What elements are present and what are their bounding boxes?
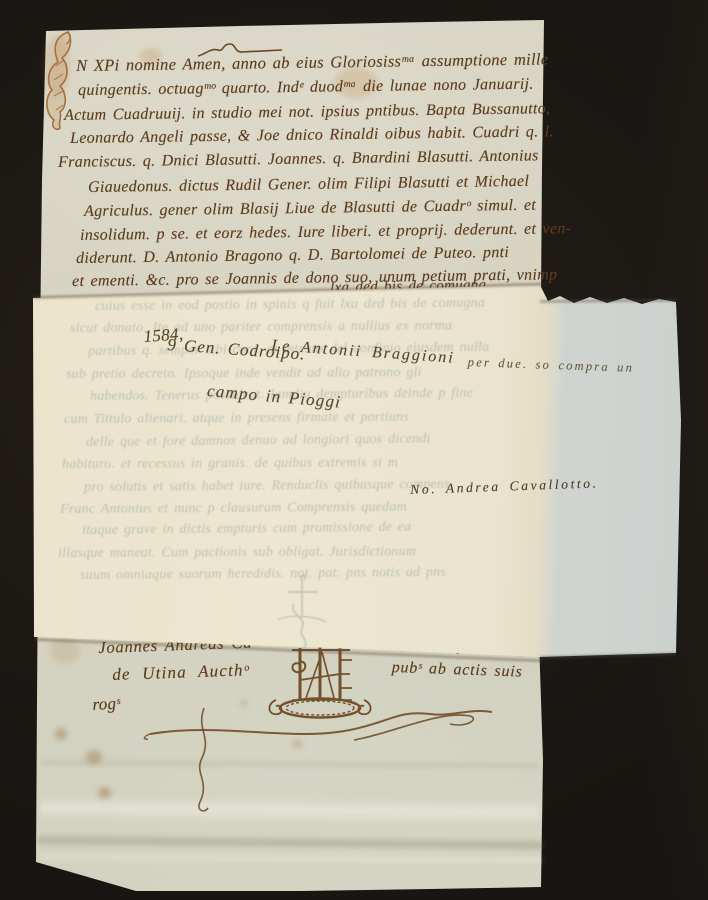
ghost-line: Franc Antonius et nunc p clausuram Compr… <box>60 501 407 517</box>
ghost-line: illasque maneat. Cum pactionis sub oblig… <box>58 545 416 561</box>
stain <box>55 728 67 740</box>
pen-descender-icon <box>186 706 226 816</box>
ghost-line: cum Tittulo alienari. atque in presens f… <box>64 411 409 427</box>
ghost-line: sicut donato. Ite ad uno pariter compren… <box>70 319 452 336</box>
crease-highlight <box>40 795 540 825</box>
notary-line: de Utina Aucthᵒ <box>112 661 250 683</box>
manuscript-photo: N XPi nomine Amen, anno ab eius Gloriosi… <box>0 0 708 900</box>
notary-line: rogˢ <box>92 695 121 713</box>
bleedthrough-mark-icon <box>258 574 348 654</box>
ghost-line: sub pretio decreto. Ipsoque inde vendit … <box>66 366 422 382</box>
ghost-line: habituro. et recessus in granis. de quib… <box>62 456 398 472</box>
